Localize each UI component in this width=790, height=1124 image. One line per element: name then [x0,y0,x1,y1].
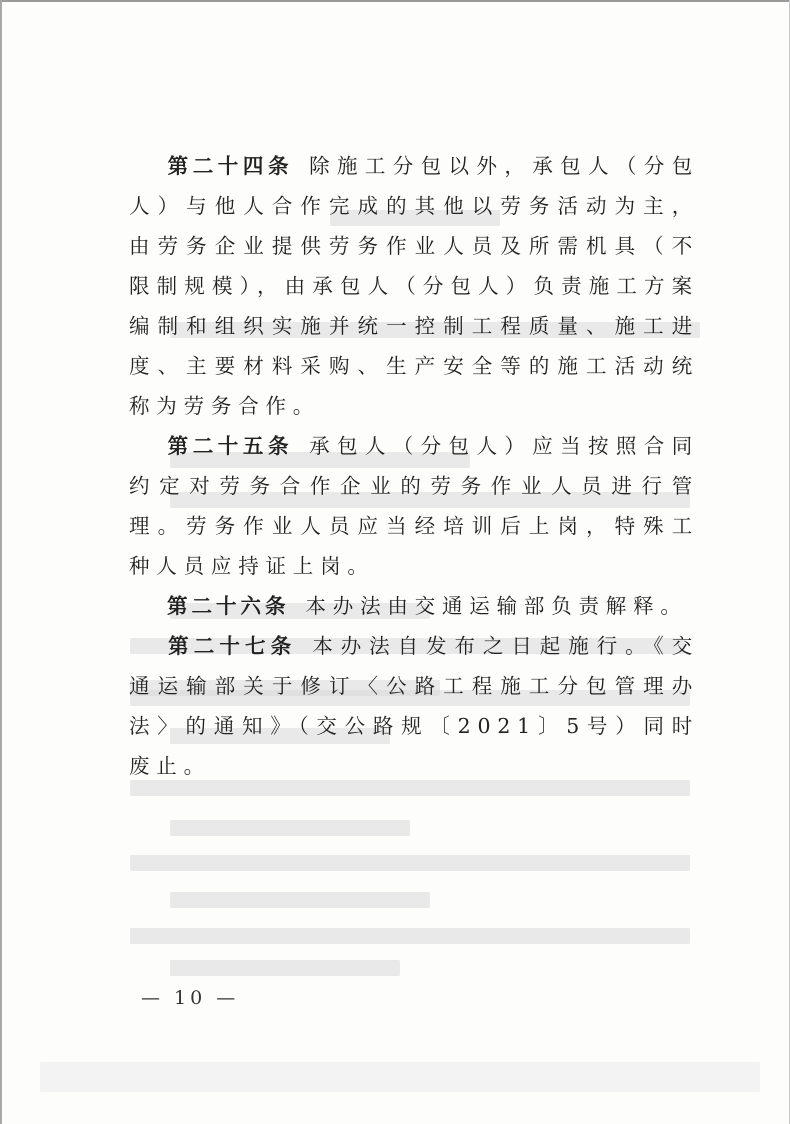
document-body: 第二十四条除施工分包以外，承包人（分包人）与他人合作完成的其他以劳务活动为主，由… [129,146,699,786]
article-text: 除施工分包以外，承包人（分包人）与他人合作完成的其他以劳务活动为主，由劳务企业提… [129,154,699,418]
page-edge-top [0,0,790,2]
article-text: 本办法由交通运输部负责解释。 [306,594,688,618]
article-25: 第二十五条承包人（分包人）应当按照合同约定对劳务合作企业的劳务作业人员进行管理。… [129,426,699,586]
article-heading: 第二十四条 [167,154,293,178]
article-27: 第二十七条本办法自发布之日起施行。《交通运输部关于修订〈公路工程施工分包管理办法… [129,626,699,786]
page-edge-left [0,0,2,1124]
article-heading: 第二十六条 [167,594,290,618]
article-24: 第二十四条除施工分包以外，承包人（分包人）与他人合作完成的其他以劳务活动为主，由… [129,146,699,426]
page-number: — 10 — [141,987,239,1009]
article-26: 第二十六条本办法由交通运输部负责解释。 [129,586,699,626]
article-heading: 第二十五条 [167,434,293,458]
article-heading: 第二十七条 [167,634,296,658]
